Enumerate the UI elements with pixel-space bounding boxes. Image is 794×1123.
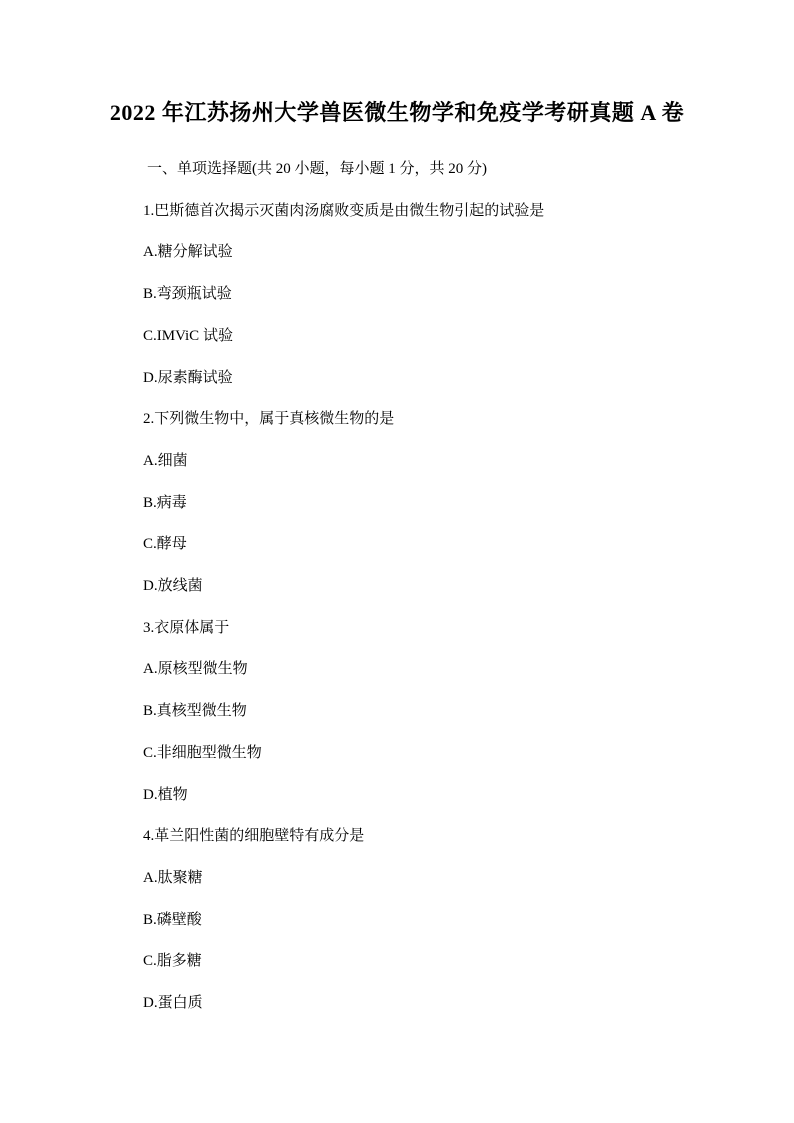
question-4-option-d: D.蛋白质	[143, 996, 734, 1011]
question-4-option-c: C.脂多糖	[143, 954, 734, 969]
question-2-option-a: A.细菌	[143, 454, 734, 469]
question-3-option-b: B.真核型微生物	[143, 704, 734, 719]
question-1-option-c: C.IMViC 试验	[143, 329, 734, 344]
question-4-option-b: B.磷壁酸	[143, 913, 734, 928]
question-1-option-a: A.糖分解试验	[143, 245, 734, 260]
section-heading: 一、单项选择题(共 20 小题，每小题 1 分，共 20 分)	[143, 162, 734, 177]
question-4-text: 4.革兰阳性菌的细胞壁特有成分是	[143, 829, 734, 844]
question-1-option-d: D.尿素酶试验	[143, 371, 734, 386]
question-1-text: 1.巴斯德首次揭示灭菌肉汤腐败变质是由微生物引起的试验是	[143, 204, 734, 219]
question-3-option-d: D.植物	[143, 788, 734, 803]
document-body: 一、单项选择题(共 20 小题，每小题 1 分，共 20 分) 1.巴斯德首次揭…	[143, 162, 734, 1011]
question-3-text: 3.衣原体属于	[143, 621, 734, 636]
question-2-option-d: D.放线菌	[143, 579, 734, 594]
question-3-option-c: C.非细胞型微生物	[143, 746, 734, 761]
exam-document-page: 2022 年江苏扬州大学兽医微生物学和免疫学考研真题 A 卷 一、单项选择题(共…	[0, 0, 794, 1123]
question-4-option-a: A.肽聚糖	[143, 871, 734, 886]
question-2-text: 2.下列微生物中，属于真核微生物的是	[143, 412, 734, 427]
question-2-option-c: C.酵母	[143, 537, 734, 552]
document-title: 2022 年江苏扬州大学兽医微生物学和免疫学考研真题 A 卷	[0, 0, 794, 126]
question-1-option-b: B.弯颈瓶试验	[143, 287, 734, 302]
question-2-option-b: B.病毒	[143, 496, 734, 511]
question-3-option-a: A.原核型微生物	[143, 662, 734, 677]
